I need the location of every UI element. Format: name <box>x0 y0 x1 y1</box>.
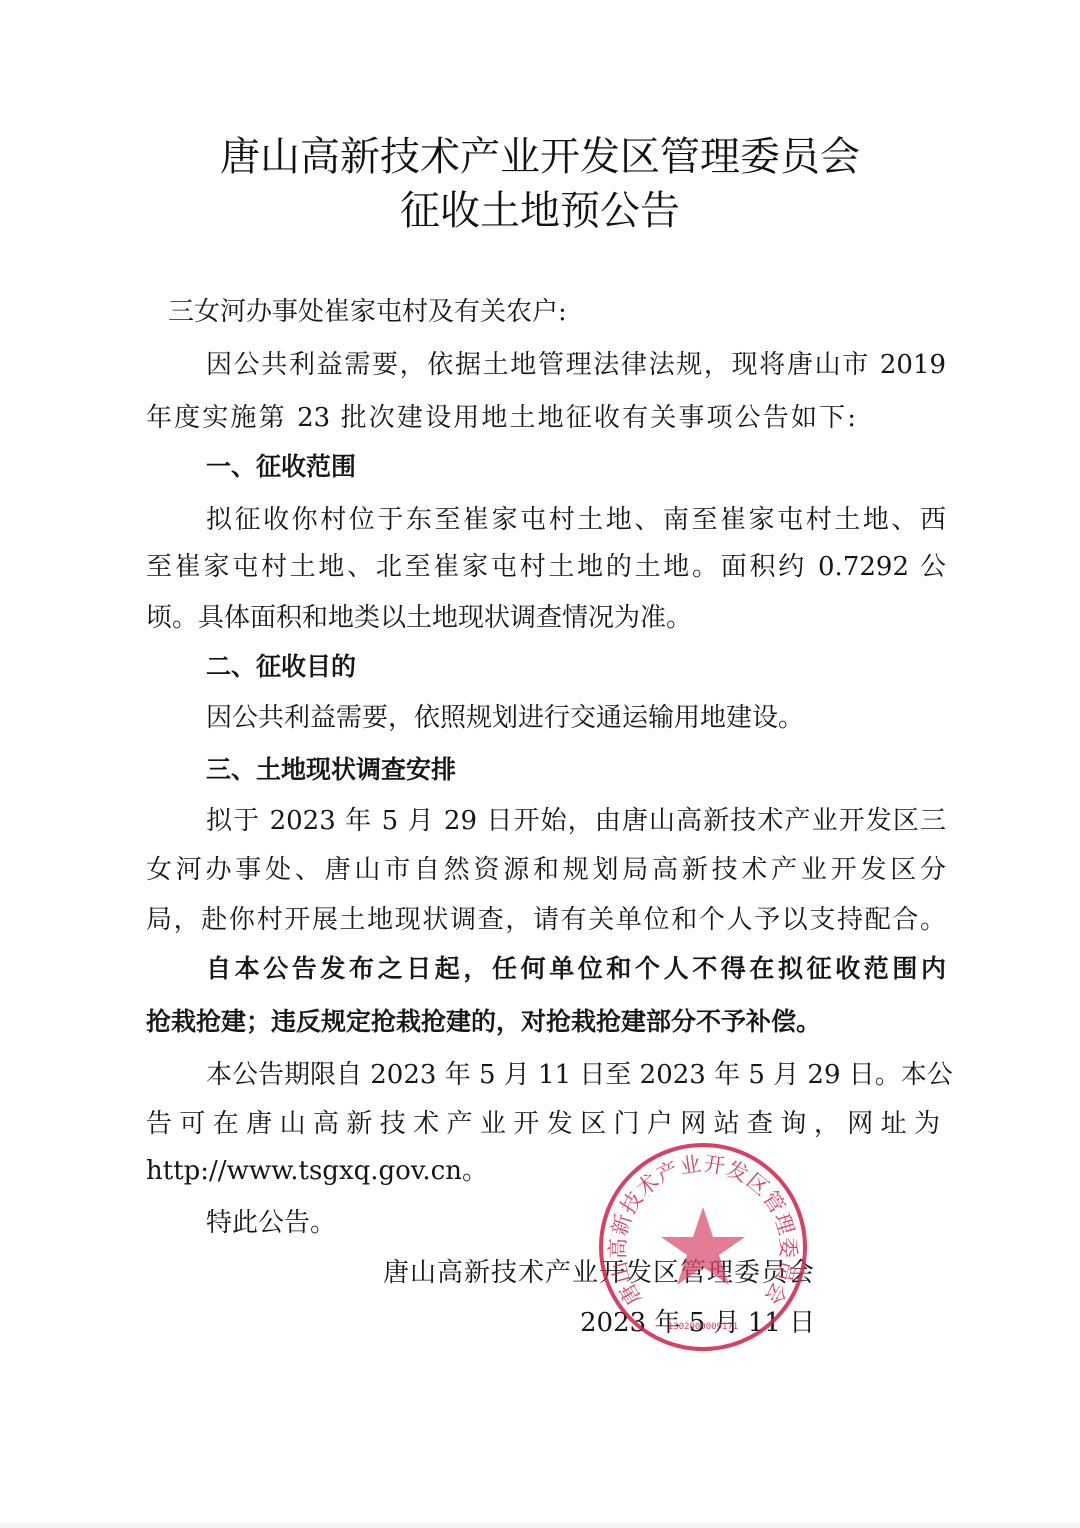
period-line-2: 告可在唐山高新技术产业开发区门户网站查询，网址为 <box>146 1109 946 1139</box>
period-line-1: 本公告期限自 2023 年 5 月 11 日至 2023 年 5 月 29 日。… <box>206 1060 946 1090</box>
survey-line-3: 局，赴你村开展土地现状调查，请有关单位和个人予以支持配合。 <box>146 905 946 935</box>
survey-line-1: 拟于 2023 年 5 月 29 日开始，由唐山高新技术产业开发区三 <box>206 806 946 836</box>
scope-line-3: 顷。具体面积和地类以土地现状调查情况为准。 <box>146 603 946 633</box>
section-heading-survey: 三、土地现状调查安排 <box>206 755 946 785</box>
intro-line-2: 年度实施第 23 批次建设用地土地征收有关事项公告如下: <box>146 403 856 433</box>
survey-line-2: 女河办事处、唐山市自然资源和规划局高新技术产业开发区分 <box>146 855 946 885</box>
scope-line-1: 拟征收你村位于东至崔家屯村土地、南至崔家屯村土地、西 <box>206 505 946 535</box>
purpose-line-1: 因公共利益需要，依照规划进行交通运输用地建设。 <box>206 703 946 733</box>
intro-line-1: 因公共利益需要，依据土地管理法律法规，现将唐山市 2019 <box>206 350 946 380</box>
warning-line-2: 抢栽抢建；违反规定抢栽抢建的，对抢栽抢建部分不予补偿。 <box>146 1007 946 1037</box>
document-title: 唐山高新技术产业开发区管理委员会 <box>0 134 1080 180</box>
signature-issuer: 唐山高新技术产业开发区管理委员会 <box>383 1258 815 1288</box>
signature-date: 2023 年 5 月 11 日 <box>580 1308 815 1338</box>
scope-line-2: 至崔家屯村土地、北至崔家屯村土地的土地。面积约 0.7292 公 <box>146 552 946 582</box>
closing-remark: 特此公告。 <box>206 1208 946 1238</box>
salutation: 三女河办事处崔家屯村及有关农户: <box>168 297 968 327</box>
section-heading-purpose: 二、征收目的 <box>206 652 946 682</box>
warning-line-1: 自本公告发布之日起，任何单位和个人不得在拟征收范围内 <box>206 954 946 984</box>
document-subtitle: 征收土地预公告 <box>0 188 1080 234</box>
page-bottom-edge <box>0 1523 1080 1528</box>
section-heading-scope: 一、征收范围 <box>206 452 946 482</box>
document-page: 唐山高新技术产业开发区管理委员会 征收土地预公告 三女河办事处崔家屯村及有关农户… <box>0 0 1080 1523</box>
website-url[interactable]: http://www.tsgxq.gov.cn。 <box>146 1156 946 1186</box>
